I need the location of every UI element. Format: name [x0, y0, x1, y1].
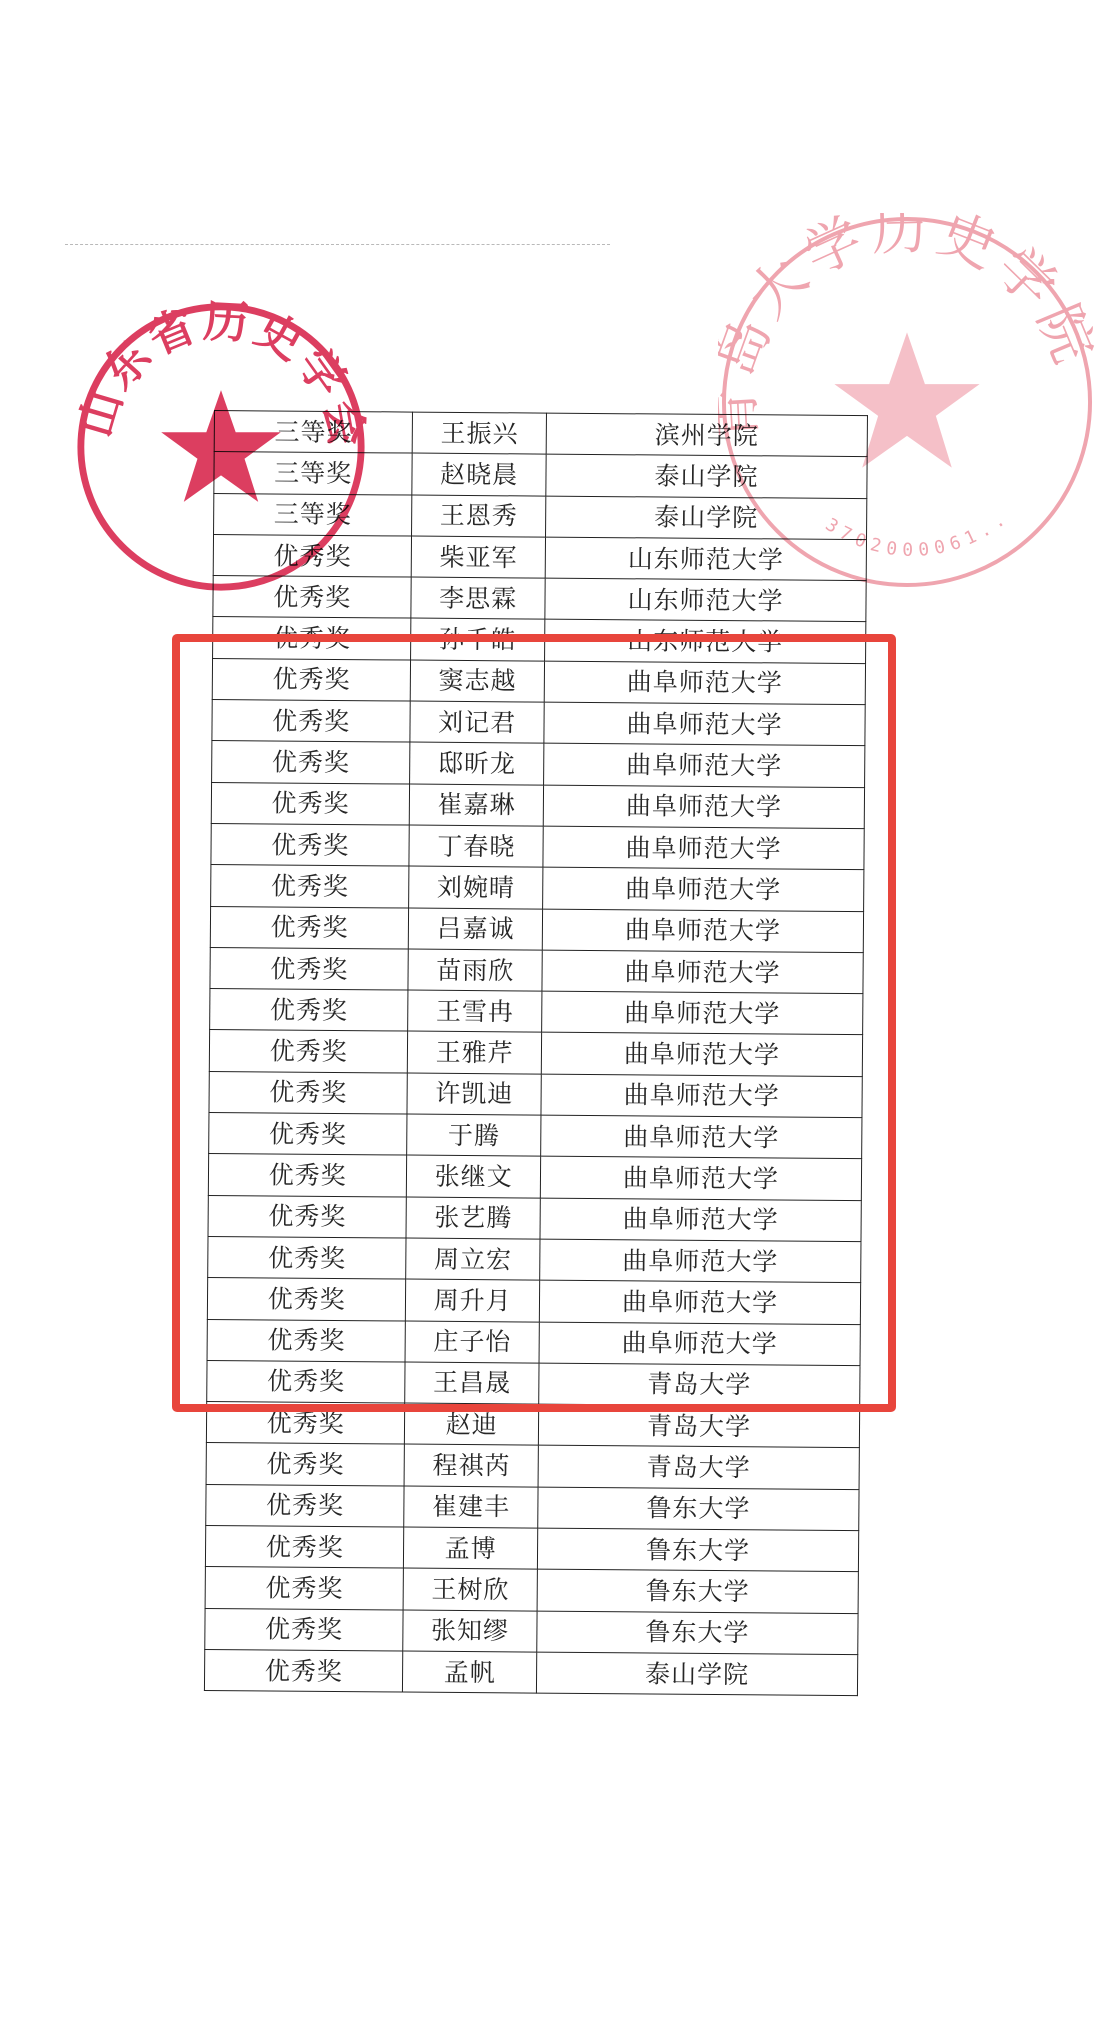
- school-cell: 青岛大学: [538, 1404, 859, 1448]
- table-row: 优秀奖程祺芮青岛大学: [206, 1443, 859, 1489]
- table-row: 优秀奖于腾曲阜师范大学: [209, 1113, 862, 1159]
- name-cell: 于腾: [407, 1114, 541, 1156]
- school-cell: 山东师范大学: [545, 578, 866, 622]
- name-cell: 刘婉晴: [409, 866, 543, 908]
- name-cell: 张知缪: [403, 1610, 537, 1652]
- table-row: 优秀奖吕嘉诚曲阜师范大学: [210, 906, 863, 952]
- award-cell: 优秀奖: [211, 782, 410, 825]
- school-cell: 泰山学院: [546, 496, 867, 540]
- table-row: 三等奖赵晓晨泰山学院: [214, 452, 867, 498]
- school-cell: 曲阜师范大学: [543, 826, 864, 870]
- table-row: 三等奖王恩秀泰山学院: [214, 493, 867, 539]
- name-cell: 王雅芹: [408, 1031, 542, 1073]
- name-cell: 庄子怡: [405, 1321, 539, 1363]
- award-cell: 优秀奖: [209, 1030, 408, 1073]
- award-table: 三等奖王振兴滨州学院三等奖赵晓晨泰山学院三等奖王恩秀泰山学院优秀奖柴亚军山东师范…: [204, 410, 868, 1696]
- school-cell: 曲阜师范大学: [539, 1322, 860, 1366]
- school-cell: 曲阜师范大学: [544, 702, 865, 746]
- table-row: 优秀奖周立宏曲阜师范大学: [208, 1236, 861, 1282]
- award-cell: 优秀奖: [212, 741, 411, 784]
- table-row: 优秀奖李思霖山东师范大学: [213, 576, 866, 622]
- school-cell: 曲阜师范大学: [542, 991, 863, 1035]
- school-cell: 曲阜师范大学: [542, 950, 863, 994]
- award-cell: 优秀奖: [207, 1278, 406, 1321]
- name-cell: 刘记君: [410, 701, 544, 743]
- table-row: 优秀奖许凯迪曲阜师范大学: [209, 1071, 862, 1117]
- award-cell: 优秀奖: [213, 534, 412, 577]
- table-row: 优秀奖孟帆泰山学院: [204, 1649, 857, 1695]
- award-cell: 优秀奖: [204, 1649, 403, 1692]
- school-cell: 青岛大学: [539, 1363, 860, 1407]
- table-row: 优秀奖邸昕龙曲阜师范大学: [212, 741, 865, 787]
- name-cell: 孟帆: [403, 1651, 537, 1693]
- award-cell: 优秀奖: [209, 1113, 408, 1156]
- table-row: 优秀奖孙千皓山东师范大学: [213, 617, 866, 663]
- school-cell: 泰山学院: [536, 1652, 857, 1696]
- school-cell: 曲阜师范大学: [541, 1074, 862, 1118]
- table-row: 优秀奖庄子怡曲阜师范大学: [207, 1319, 860, 1365]
- name-cell: 苗雨欣: [408, 949, 542, 991]
- award-cell: 优秀奖: [211, 865, 410, 908]
- table-row: 优秀奖赵迪青岛大学: [206, 1402, 859, 1448]
- award-table-body: 三等奖王振兴滨州学院三等奖赵晓晨泰山学院三等奖王恩秀泰山学院优秀奖柴亚军山东师范…: [204, 411, 867, 1696]
- name-cell: 赵晓晨: [412, 453, 546, 495]
- table-row: 优秀奖王树欣鲁东大学: [205, 1567, 858, 1613]
- award-cell: 优秀奖: [207, 1319, 406, 1362]
- name-cell: 吕嘉诚: [409, 908, 543, 950]
- table-row: 优秀奖柴亚军山东师范大学: [213, 534, 866, 580]
- table-row: 优秀奖王雪冉曲阜师范大学: [210, 989, 863, 1035]
- name-cell: 周立宏: [406, 1238, 540, 1280]
- school-cell: 曲阜师范大学: [543, 867, 864, 911]
- award-cell: 优秀奖: [205, 1608, 404, 1651]
- name-cell: 张继文: [407, 1155, 541, 1197]
- name-cell: 柴亚军: [412, 536, 546, 578]
- award-cell: 优秀奖: [206, 1484, 405, 1527]
- name-cell: 周升月: [406, 1279, 540, 1321]
- award-cell: 优秀奖: [213, 576, 412, 619]
- school-cell: 泰山学院: [546, 454, 867, 498]
- name-cell: 王昌晟: [405, 1362, 539, 1404]
- school-cell: 鲁东大学: [537, 1611, 858, 1655]
- school-cell: 曲阜师范大学: [544, 743, 865, 787]
- school-cell: 山东师范大学: [545, 620, 866, 664]
- name-cell: 程祺芮: [404, 1444, 538, 1486]
- table-row: 优秀奖孟博鲁东大学: [205, 1525, 858, 1571]
- school-cell: 鲁东大学: [538, 1487, 859, 1531]
- table-row: 优秀奖周升月曲阜师范大学: [207, 1278, 860, 1324]
- award-cell: 优秀奖: [213, 617, 412, 660]
- school-cell: 曲阜师范大学: [541, 1115, 862, 1159]
- name-cell: 赵迪: [405, 1403, 539, 1445]
- award-cell: 优秀奖: [211, 823, 410, 866]
- award-cell: 优秀奖: [210, 906, 409, 949]
- school-cell: 曲阜师范大学: [540, 1239, 861, 1283]
- school-cell: 曲阜师范大学: [542, 909, 863, 953]
- award-cell: 优秀奖: [210, 947, 409, 990]
- award-cell: 优秀奖: [212, 658, 411, 701]
- school-cell: 青岛大学: [538, 1446, 859, 1490]
- name-cell: 崔嘉琳: [410, 784, 544, 826]
- table-row: 优秀奖王昌晟青岛大学: [207, 1360, 860, 1406]
- table-row: 优秀奖王雅芹曲阜师范大学: [209, 1030, 862, 1076]
- award-cell: 优秀奖: [210, 989, 409, 1032]
- name-cell: 窦志越: [411, 660, 545, 702]
- award-cell: 优秀奖: [205, 1525, 404, 1568]
- school-cell: 曲阜师范大学: [544, 661, 865, 705]
- table-row: 优秀奖崔嘉琳曲阜师范大学: [211, 782, 864, 828]
- stamp-right-text: 青岛大学历史学院: [718, 213, 1096, 445]
- name-cell: 王树欣: [403, 1568, 537, 1610]
- award-cell: 优秀奖: [208, 1195, 407, 1238]
- school-cell: 曲阜师范大学: [540, 1156, 861, 1200]
- name-cell: 张艺腾: [406, 1197, 540, 1239]
- name-cell: 王雪冉: [408, 990, 542, 1032]
- name-cell: 孙千皓: [411, 619, 545, 661]
- school-cell: 曲阜师范大学: [541, 1033, 862, 1077]
- school-cell: 山东师范大学: [545, 537, 866, 581]
- header-rule: [65, 244, 610, 245]
- school-cell: 滨州学院: [546, 413, 867, 457]
- table-row: 优秀奖张艺腾曲阜师范大学: [208, 1195, 861, 1241]
- table-row: 优秀奖刘婉晴曲阜师范大学: [211, 865, 864, 911]
- name-cell: 许凯迪: [407, 1073, 541, 1115]
- table-row: 优秀奖崔建丰鲁东大学: [206, 1484, 859, 1530]
- award-cell: 优秀奖: [208, 1236, 407, 1279]
- name-cell: 孟博: [404, 1527, 538, 1569]
- school-cell: 曲阜师范大学: [543, 785, 864, 829]
- award-cell: 优秀奖: [206, 1402, 405, 1445]
- name-cell: 邸昕龙: [410, 742, 544, 784]
- award-cell: 三等奖: [214, 452, 413, 495]
- svg-text:青岛大学历史学院: 青岛大学历史学院: [718, 213, 1096, 445]
- table-row: 三等奖王振兴滨州学院: [214, 411, 867, 457]
- award-cell: 三等奖: [214, 493, 413, 536]
- name-cell: 崔建丰: [404, 1486, 538, 1528]
- award-cell: 优秀奖: [208, 1154, 407, 1197]
- award-cell: 优秀奖: [212, 700, 411, 743]
- name-cell: 王恩秀: [412, 495, 546, 537]
- table-row: 优秀奖窦志越曲阜师范大学: [212, 658, 865, 704]
- award-cell: 优秀奖: [206, 1443, 405, 1486]
- name-cell: 李思霖: [411, 577, 545, 619]
- table-row: 优秀奖丁春晓曲阜师范大学: [211, 823, 864, 869]
- school-cell: 曲阜师范大学: [540, 1198, 861, 1242]
- award-cell: 优秀奖: [209, 1071, 408, 1114]
- table-row: 优秀奖苗雨欣曲阜师范大学: [210, 947, 863, 993]
- name-cell: 王振兴: [413, 412, 547, 454]
- school-cell: 鲁东大学: [537, 1569, 858, 1613]
- school-cell: 鲁东大学: [537, 1528, 858, 1572]
- table-row: 优秀奖张继文曲阜师范大学: [208, 1154, 861, 1200]
- award-cell: 三等奖: [214, 411, 413, 454]
- table-row: 优秀奖刘记君曲阜师范大学: [212, 700, 865, 746]
- award-cell: 优秀奖: [205, 1567, 404, 1610]
- award-cell: 优秀奖: [207, 1360, 406, 1403]
- table-row: 优秀奖张知缪鲁东大学: [205, 1608, 858, 1654]
- school-cell: 曲阜师范大学: [539, 1280, 860, 1324]
- name-cell: 丁春晓: [409, 825, 543, 867]
